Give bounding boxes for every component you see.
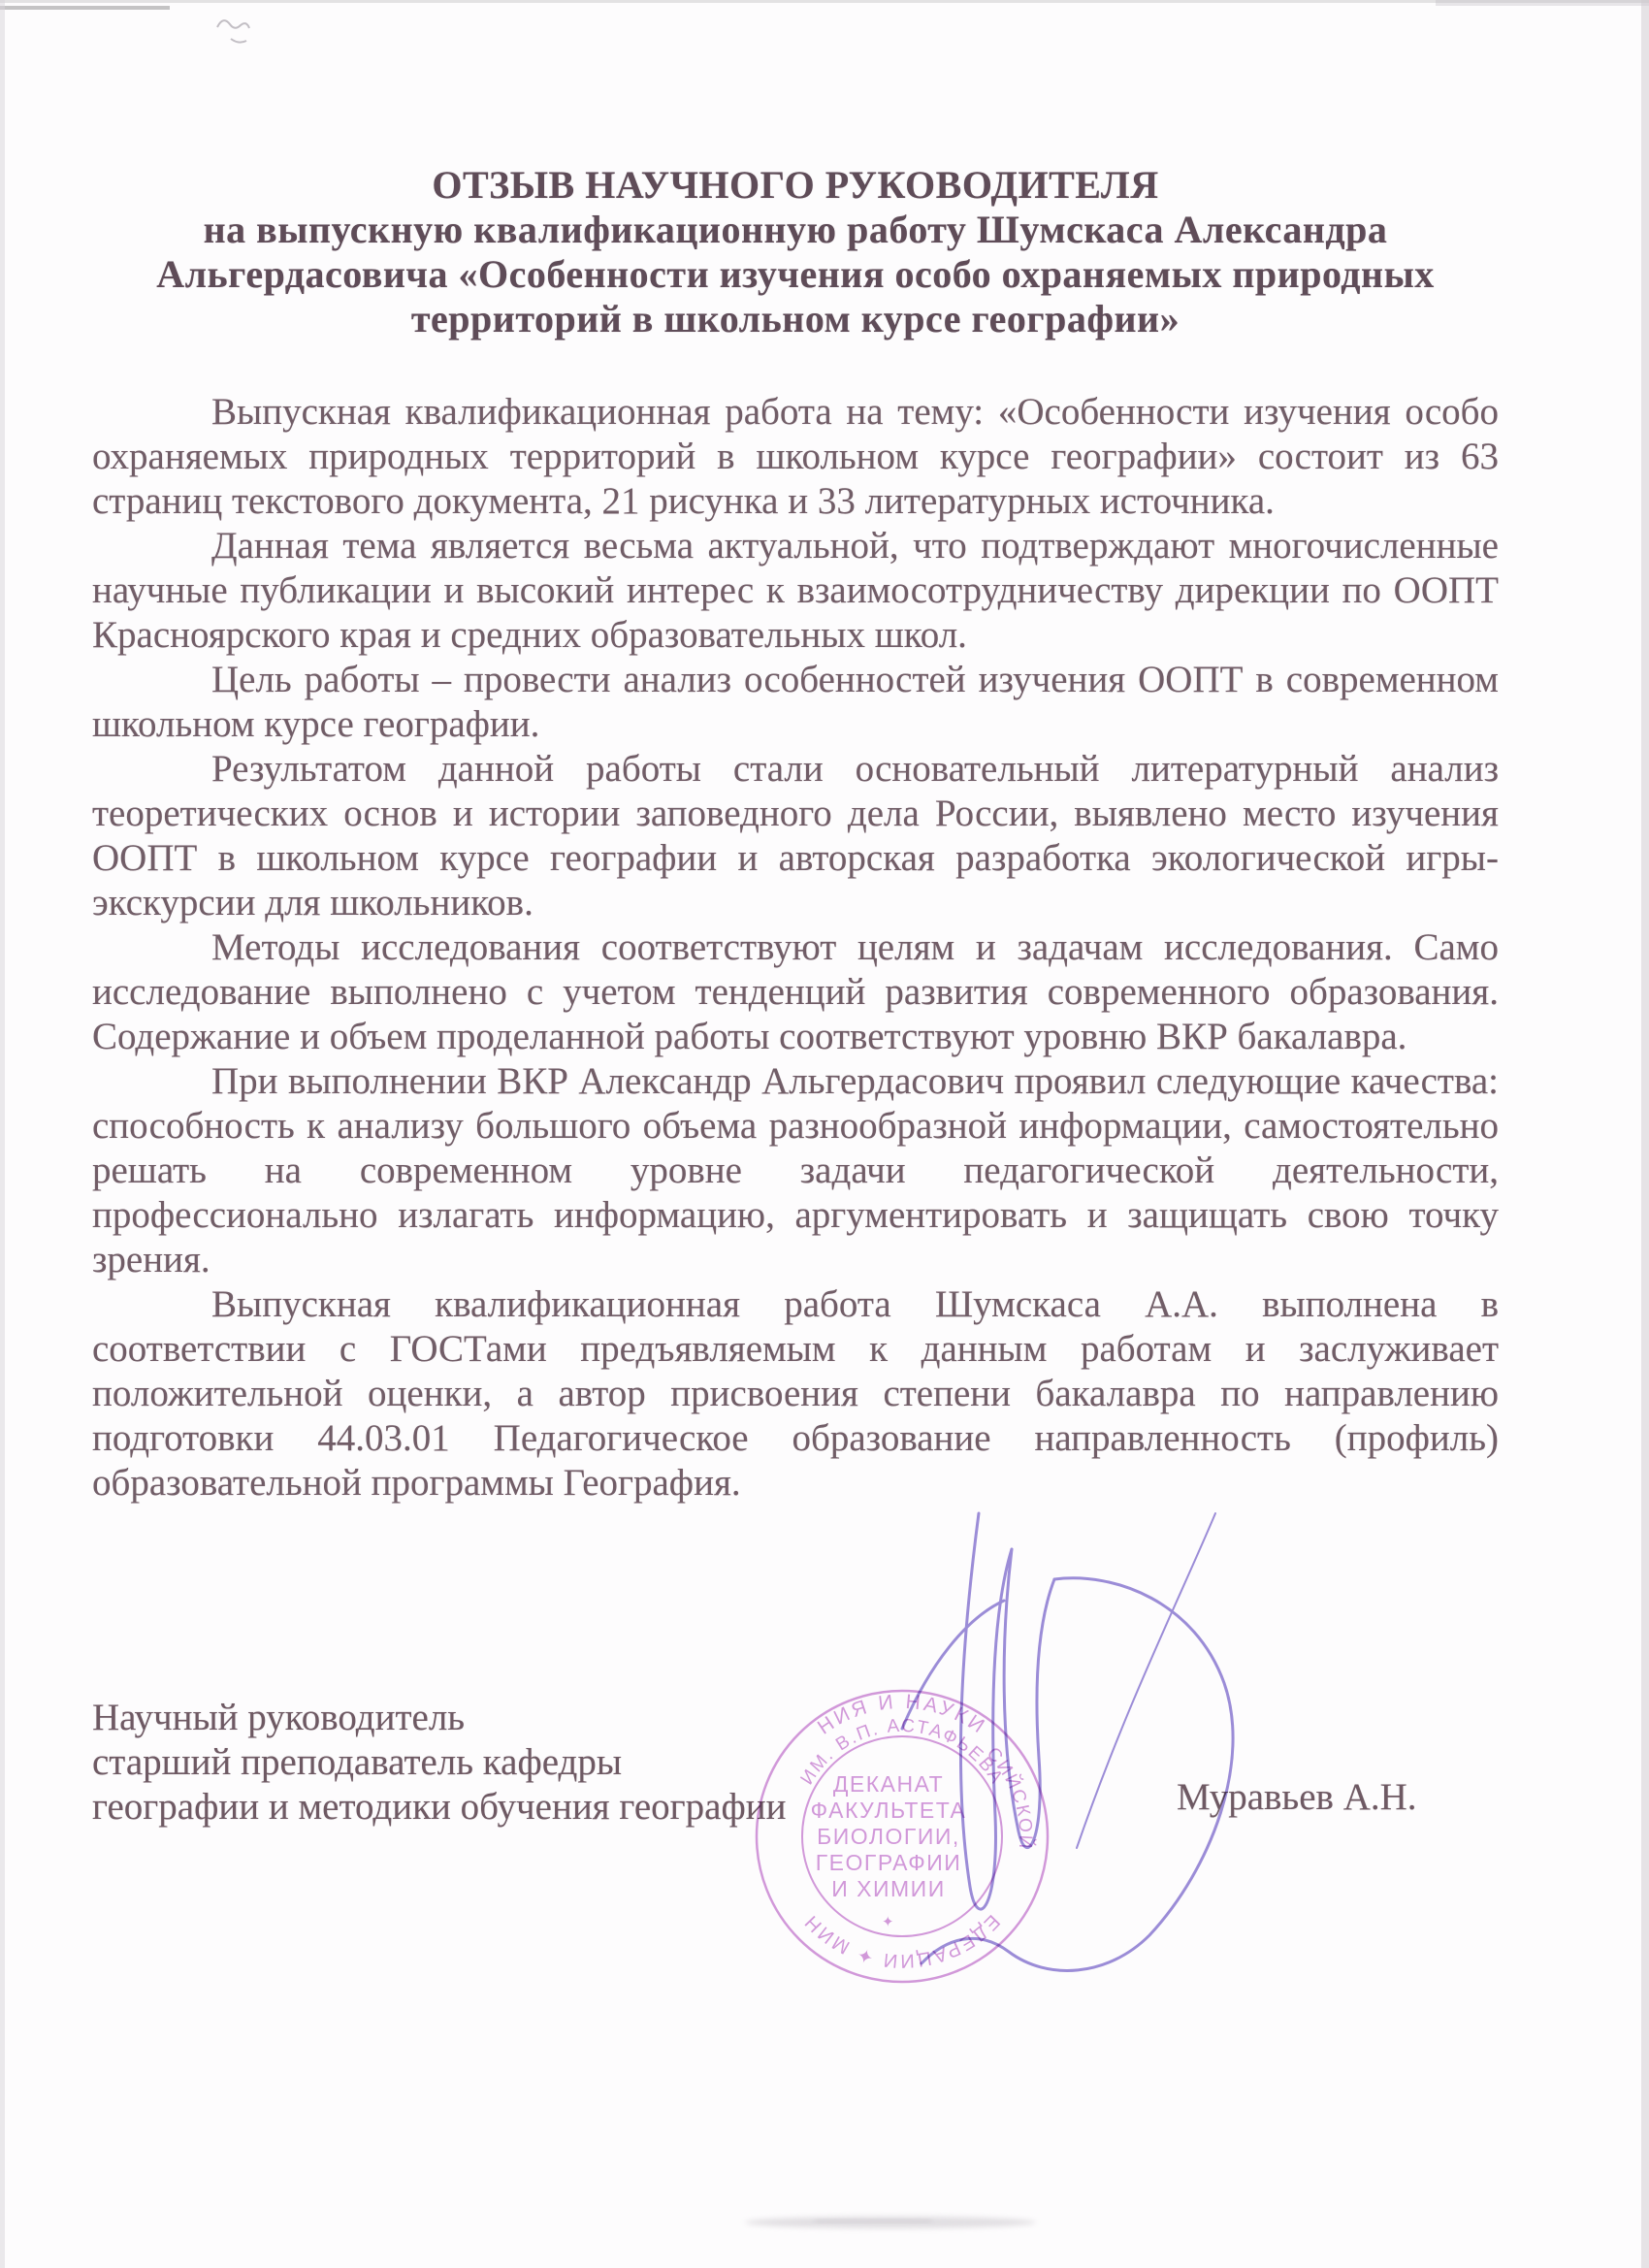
stamp-center-line: ФАКУЛЬТЕТА (811, 1798, 967, 1823)
signer-role-line: старший преподаватель кафедры (92, 1740, 786, 1785)
paragraph: Данная тема является весьма актуальной, … (92, 524, 1499, 658)
svg-text:СИЙСКОЙ: СИЙСКОЙ (983, 1743, 1037, 1850)
stamp-center-line: ДЕКАНАТ (833, 1771, 944, 1797)
stamp-star: ✦ (882, 1914, 895, 1930)
title-line: на выпускную квалификационную работу Шум… (92, 208, 1499, 252)
stamp-inner-ring (802, 1736, 1002, 1936)
paragraph: Результатом данной работы стали основате… (92, 747, 1499, 925)
document-body: Выпускная квалификационная работа на тем… (92, 390, 1499, 1506)
document-title: ОТЗЫВ НАУЧНОГО РУКОВОДИТЕЛЯ на выпускную… (92, 163, 1499, 341)
paragraph: При выполнении ВКР Александр Альгердасов… (92, 1059, 1499, 1282)
signer-name: Муравьев А.Н. (1177, 1775, 1417, 1819)
stamp-center-line: И ХИМИИ (831, 1876, 946, 1901)
title-line: Альгердасовича «Особенности изучения осо… (92, 252, 1499, 297)
handwritten-signature (902, 1513, 1233, 1970)
svg-text:НИЯ И НАУКИ: НИЯ И НАУКИ (814, 1691, 990, 1739)
paragraph: Методы исследования соответствуют целям … (92, 925, 1499, 1059)
stamp-center-line: БИОЛОГИИ, (817, 1824, 960, 1849)
scanned-document-page: ОТЗЫВ НАУЧНОГО РУКОВОДИТЕЛЯ на выпускную… (0, 0, 1649, 2268)
paragraph: Выпускная квалификационная работа Шумска… (92, 1282, 1499, 1506)
stamp-arc-inner-top: ИМ. В.П. АСТАФЬЕВА (797, 1716, 1008, 1789)
stamp-arc-right: СИЙСКОЙ (983, 1743, 1037, 1850)
pencil-mark (217, 20, 249, 42)
paragraph: Цель работы – провести анализ особенност… (92, 658, 1499, 747)
document-content: ОТЗЫВ НАУЧНОГО РУКОВОДИТЕЛЯ на выпускную… (92, 163, 1499, 1506)
stamp-outer-ring (757, 1691, 1048, 1982)
stamp-arc-outer-top: НИЯ И НАУКИ (814, 1691, 990, 1739)
paragraph: Выпускная квалификационная работа на тем… (92, 390, 1499, 524)
signer-role-line: географии и методики обучения географии (92, 1785, 786, 1830)
title-line: ОТЗЫВ НАУЧНОГО РУКОВОДИТЕЛЯ (92, 163, 1499, 208)
scan-smudge (745, 2217, 1036, 2228)
title-line: территорий в школьном курсе географии» (92, 297, 1499, 341)
svg-text:ИМ. В.П. АСТАФЬЕВА: ИМ. В.П. АСТАФЬЕВА (797, 1716, 1008, 1789)
signer-role-line: Научный руководитель (92, 1696, 786, 1740)
stamp-center-line: ГЕОГРАФИИ (816, 1850, 962, 1875)
signature-block: Научный руководитель старший преподавате… (92, 1696, 786, 1830)
